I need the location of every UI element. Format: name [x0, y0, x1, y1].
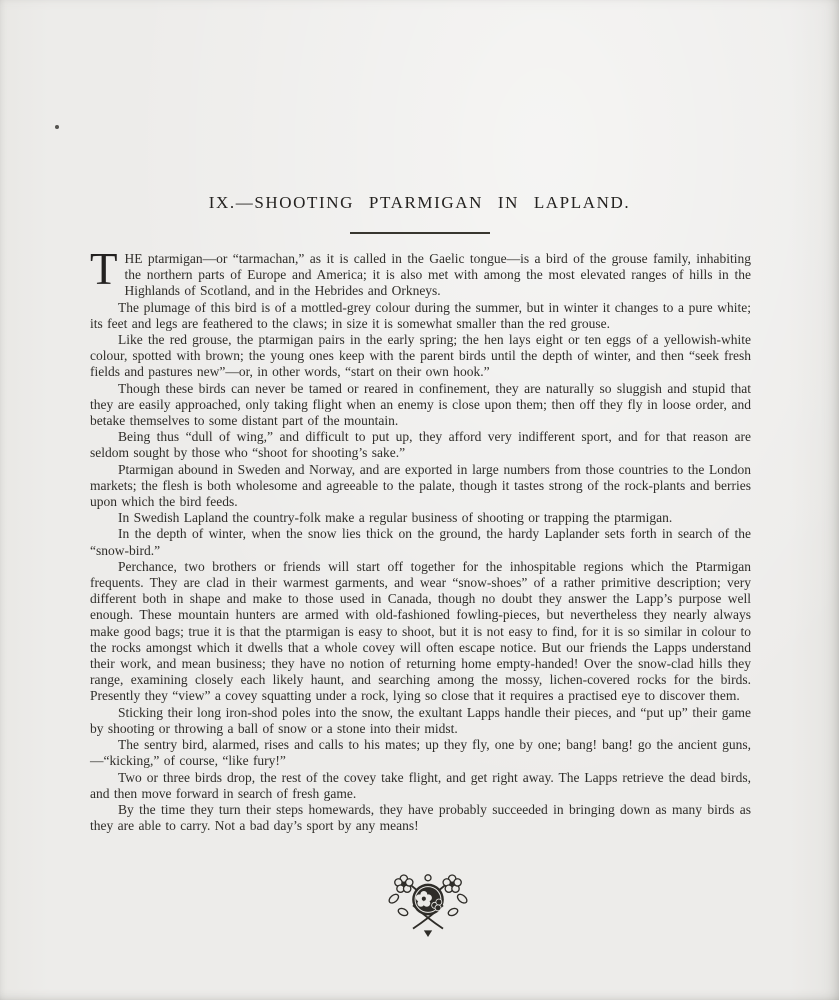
paragraph: Being thus “dull of wing,” and difficult… [90, 429, 751, 461]
paragraph: Ptarmigan abound in Sweden and Norway, a… [90, 462, 751, 511]
paragraph: Two or three birds drop, the rest of the… [90, 770, 751, 802]
paragraph: Though these birds can never be tamed or… [90, 381, 751, 430]
drop-cap: T [90, 251, 125, 286]
floral-ornament-icon [386, 872, 470, 942]
title-divider [350, 232, 490, 234]
article-body: THE ptarmigan—or “tarmachan,” as it is c… [90, 251, 751, 834]
paragraph: The sentry bird, alarmed, rises and call… [90, 737, 751, 769]
paragraph: The plumage of this bird is of a mottled… [90, 300, 751, 332]
paragraph-text: HE ptarmigan—or “tarmachan,” as it is ca… [125, 251, 752, 298]
paragraph: Like the red grouse, the ptarmigan pairs… [90, 332, 751, 381]
paragraph: Sticking their long iron-shod poles into… [90, 705, 751, 737]
paragraph: Perchance, two brothers or friends will … [90, 559, 751, 705]
paragraph: In Swedish Lapland the country-folk make… [90, 510, 751, 526]
scan-speck [55, 125, 59, 129]
paragraph: By the time they turn their steps homewa… [90, 802, 751, 834]
paragraph: In the depth of winter, when the snow li… [90, 526, 751, 558]
scanned-book-page: IX.—SHOOTING PTARMIGAN IN LAPLAND. THE p… [0, 0, 839, 1000]
page-title: IX.—SHOOTING PTARMIGAN IN LAPLAND. [0, 193, 839, 213]
paragraph: THE ptarmigan—or “tarmachan,” as it is c… [90, 251, 751, 300]
